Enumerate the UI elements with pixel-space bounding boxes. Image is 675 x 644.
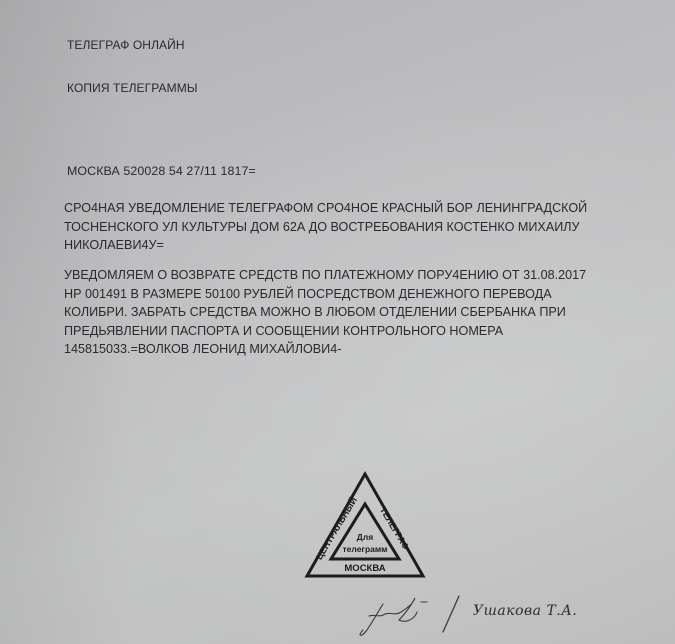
signer-name: Ушакова Т.А. xyxy=(473,603,577,619)
stamp-inner-line2: телеграмм xyxy=(343,544,388,554)
body-line: 145815033.=ВОЛКОВ ЛЕОНИД МИХАЙЛОВИ4- xyxy=(64,340,586,359)
body-line: НР 001491 В РАЗМЕРЕ 50100 РУБЛЕЙ ПОСРЕДС… xyxy=(64,285,586,304)
address-line: ТОСНЕНСКОГО УЛ КУЛЬТУРЫ ДОМ 62А ДО ВОСТР… xyxy=(64,218,587,237)
address-block: СРО4НАЯ УВЕДОМЛЕНИЕ ТЕЛЕГРАФОМ СРО4НОЕ К… xyxy=(64,199,587,255)
body-line: ПРЕДЬЯВЛЕНИИ ПАСПОРТА И СООБЩЕНИИ КОНТРО… xyxy=(64,322,586,341)
address-line: СРО4НАЯ УВЕДОМЛЕНИЕ ТЕЛЕГРАФОМ СРО4НОЕ К… xyxy=(64,199,587,218)
message-body: УВЕДОМЛЯЕМ О ВОЗВРАТЕ СРЕДСТВ ПО ПЛАТЕЖН… xyxy=(64,266,586,359)
body-line: УВЕДОМЛЯЕМ О ВОЗВРАТЕ СРЕДСТВ ПО ПЛАТЕЖН… xyxy=(64,266,586,285)
body-line: КОЛИБРИ. ЗАБРАТЬ СРЕДСТВА МОЖНО В ЛЮБОМ … xyxy=(64,303,586,322)
route-line: МОСКВА 520028 54 27/11 1817= xyxy=(67,164,256,178)
address-line: НИКОЛАЕВИ4У= xyxy=(64,236,587,255)
telegraph-stamp: ЦЕНТРАЛЬНЫЙ ТЕЛЕГРАФ Для телеграмм МОСКВ… xyxy=(303,470,427,582)
stamp-inner-line1: Для xyxy=(357,532,373,542)
stamp-bottom-text: МОСКВА xyxy=(344,563,385,574)
document-type: КОПИЯ ТЕЛЕГРАММЫ xyxy=(67,81,198,95)
service-name: ТЕЛЕГРАФ ОНЛАЙН xyxy=(67,38,185,52)
